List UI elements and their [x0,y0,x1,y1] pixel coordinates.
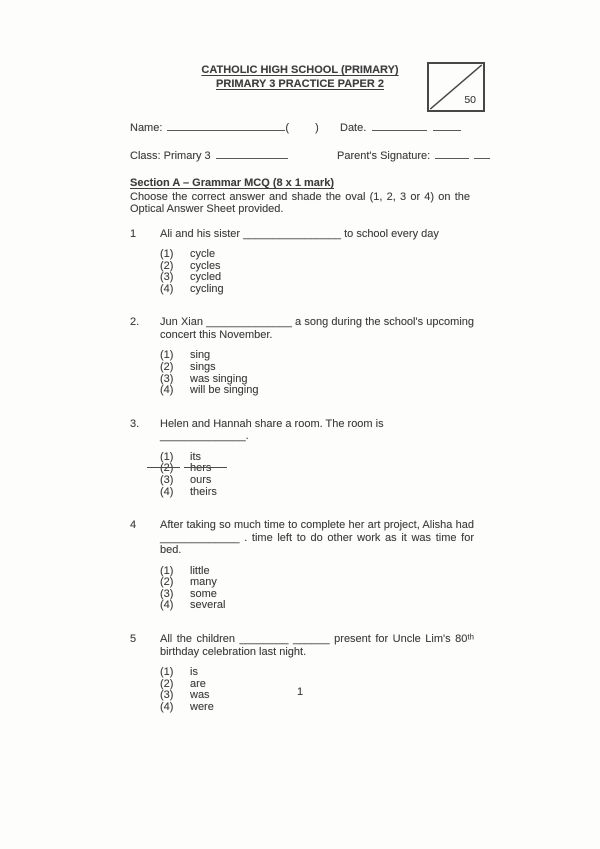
option-text: is [190,667,198,678]
option-row: (4)theirs [160,487,474,498]
question-item: 2.Jun Xian ______________ a song during … [130,316,474,396]
option-list: (1)little(2)many(3)some(4)several [160,566,474,612]
section-a-instructions: Choose the correct answer and shade the … [130,191,470,215]
option-number: (1) [160,667,190,678]
name-blank [167,121,285,131]
option-text: many [190,577,217,588]
paren-close: ) [315,122,319,134]
option-number: (2) [160,463,190,474]
option-row: (4)several [160,600,474,611]
option-text: several [190,600,225,611]
question-body: Helen and Hannah share a room. The room … [160,418,474,498]
score-box: 50 [427,62,485,112]
question-text: Ali and his sister ________________ to s… [160,228,474,241]
name-date-row: Name:() Date. [130,121,470,135]
question-text: After taking so much time to complete he… [160,519,474,557]
option-text: theirs [190,487,217,498]
question-item: 1Ali and his sister ________________ to … [130,228,474,296]
question-body: Jun Xian ______________ a song during th… [160,316,474,396]
option-row: (2)sings [160,362,474,373]
parent-signature-label: Parent's Signature: [337,150,430,162]
page-number: 1 [0,686,600,699]
option-number: (4) [160,600,190,611]
option-text: cycle [190,249,215,260]
option-list: (1)cycle(2)cycles(3)cycled(4)cycling [160,249,474,295]
option-number: (4) [160,284,190,295]
option-text: cycling [190,284,224,295]
option-number: (2) [160,577,190,588]
student-info-form: Name:() Date. Class: Primary 3 Parent's … [130,121,470,163]
option-number: (4) [160,385,190,396]
date-blank-1 [372,121,427,131]
option-row: (4)were [160,702,474,713]
question-item: 4After taking so much time to complete h… [130,519,474,612]
class-label: Class: Primary 3 [130,150,211,162]
option-row: (1)cycle [160,249,474,260]
option-row: (4)cycling [160,284,474,295]
question-item: 5All the children ________ ______ presen… [130,633,474,713]
option-number: (4) [160,702,190,713]
date-group: Date. [340,121,461,135]
option-text: will be singing [190,385,258,396]
option-row: (3)cycled [160,272,474,283]
question-number: 5 [130,633,160,713]
question-number: 4 [130,519,160,612]
question-number: 2. [130,316,160,396]
section-a-header: Section A – Grammar MCQ (8 x 1 mark) Cho… [130,177,470,215]
option-row: (2)hers [160,463,474,474]
questions: 1Ali and his sister ________________ to … [130,228,474,714]
option-text: sings [190,362,216,373]
date-blank-2 [433,121,461,131]
option-text: hers [190,463,211,474]
option-number: (3) [160,475,190,486]
option-number: (3) [160,272,190,283]
paper-title: PRIMARY 3 PRACTICE PAPER 2 [0,77,600,91]
exam-paper-page: CATHOLIC HIGH SCHOOL (PRIMARY) PRIMARY 3… [0,0,600,849]
score-total: 50 [464,94,476,107]
question-body: After taking so much time to complete he… [160,519,474,612]
option-text: cycled [190,272,221,283]
option-row: (4)will be singing [160,385,474,396]
question-text: All the children ________ ______ present… [160,633,474,658]
option-list: (1)its(2)hers(3)ours(4)theirs [160,452,474,498]
school-title: CATHOLIC HIGH SCHOOL (PRIMARY) [0,63,600,77]
option-text: were [190,702,214,713]
question-number: 3. [130,418,160,498]
option-number: (1) [160,249,190,260]
parent-signature-group: Parent's Signature: [337,149,490,163]
parent-signature-blank-2 [474,149,490,159]
option-list: (1)sing(2)sings(3)was singing(4)will be … [160,350,474,396]
option-number: (2) [160,362,190,373]
parent-signature-blank-1 [435,149,469,159]
date-label: Date. [340,122,366,134]
question-body: Ali and his sister ________________ to s… [160,228,474,296]
option-row: (2)many [160,577,474,588]
question-text: Helen and Hannah share a room. The room … [160,418,474,443]
name-label: Name: [130,122,162,134]
class-blank [216,149,288,159]
section-a-title: Section A – Grammar MCQ (8 x 1 mark) [130,177,470,190]
question-text: Jun Xian ______________ a song during th… [160,316,474,341]
option-row: (1)is [160,667,474,678]
paper-header: CATHOLIC HIGH SCHOOL (PRIMARY) PRIMARY 3… [0,63,600,91]
paren-open: ( [285,122,289,134]
question-item: 3.Helen and Hannah share a room. The roo… [130,418,474,498]
class-signature-row: Class: Primary 3 Parent's Signature: [130,149,470,163]
option-row: (3)ours [160,475,474,486]
question-body: All the children ________ ______ present… [160,633,474,713]
option-number: (4) [160,487,190,498]
option-text: ours [190,475,211,486]
question-number: 1 [130,228,160,296]
